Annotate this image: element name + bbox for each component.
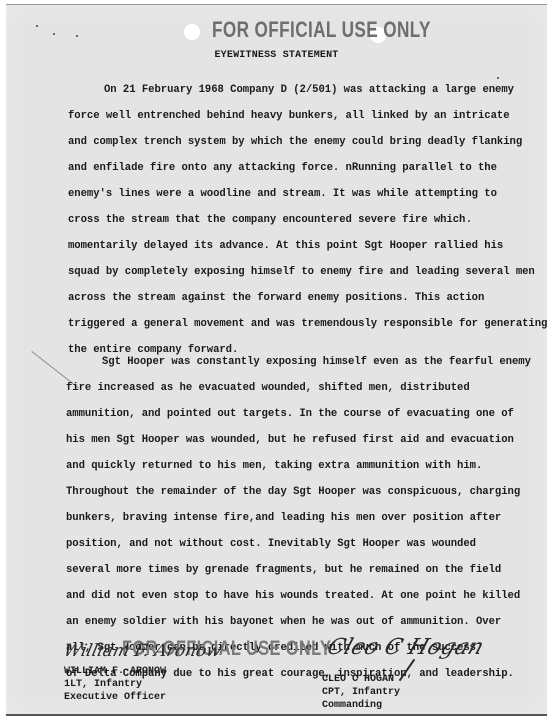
text-line: his men Sgt Hooper was wounded, but he r… [66, 427, 531, 453]
speck [76, 35, 78, 37]
punch-hole [184, 24, 200, 40]
text-line: ammunition, and pointed out targets. In … [66, 401, 531, 427]
signatory-name: WILLIAM F. ARONOW [64, 665, 166, 678]
speck [53, 33, 55, 35]
text-line: position, and not without cost. Inevitab… [66, 531, 531, 557]
text-line: squad by completely exposing himself to … [68, 259, 547, 285]
text-line: and did not even stop to have his wounds… [66, 583, 531, 609]
paragraph-1: On 21 February 1968 Company D (2/501) wa… [68, 77, 547, 363]
text-line: an enemy soldier with his bayonet when h… [66, 609, 531, 635]
text-line: Throughout the remainder of the day Sgt … [66, 479, 531, 505]
document-page: FOR OFFICIAL USE ONLY EYEWITNESS STATEME… [6, 4, 547, 716]
text-line: enemy's lines were a woodline and stream… [68, 181, 547, 207]
signatory-block-left: WILLIAM F. ARONOW 1LT, Infantry Executiv… [64, 665, 166, 704]
signature-aronow: William F. Aronow [62, 641, 223, 661]
document-title: EYEWITNESS STATEMENT [6, 50, 547, 61]
speck [497, 77, 499, 79]
text-line: and enfilade fire onto any attacking for… [68, 155, 547, 181]
signature-hogan: Cleo C Hogan [324, 635, 487, 660]
text-line: and quickly returned to his men, taking … [66, 453, 531, 479]
signatory-rank: CPT, Infantry [322, 686, 400, 699]
text-line: and complex trench system by which the e… [68, 129, 547, 155]
text-line: Sgt Hooper was constantly exposing himse… [66, 349, 531, 375]
speck [468, 220, 470, 222]
text-line: triggered a general movement and was tre… [68, 311, 547, 337]
text-line: force well entrenched behind heavy bunke… [68, 103, 547, 129]
text-line: bunkers, braving intense fire,and leadin… [66, 505, 531, 531]
signatory-block-right: CLEO C HOGAN CPT, Infantry Commanding [322, 673, 400, 712]
text-line: several more times by grenade fragments,… [66, 557, 531, 583]
text-line: across the stream against the forward en… [68, 285, 547, 311]
signatory-name: CLEO C HOGAN [322, 673, 400, 686]
classification-stamp-top: FOR OFFICIAL USE ONLY [212, 17, 431, 43]
text-line: fire increased as he evacuated wounded, … [66, 375, 531, 401]
signatory-position: Commanding [322, 699, 400, 712]
signatory-rank: 1LT, Infantry [64, 678, 166, 691]
speck [36, 25, 38, 27]
text-line: momentarily delayed its advance. At this… [68, 233, 547, 259]
text-line: cross the stream that the company encoun… [68, 207, 547, 233]
text-line: On 21 February 1968 Company D (2/501) wa… [68, 77, 547, 103]
signatory-position: Executive Officer [64, 691, 166, 704]
